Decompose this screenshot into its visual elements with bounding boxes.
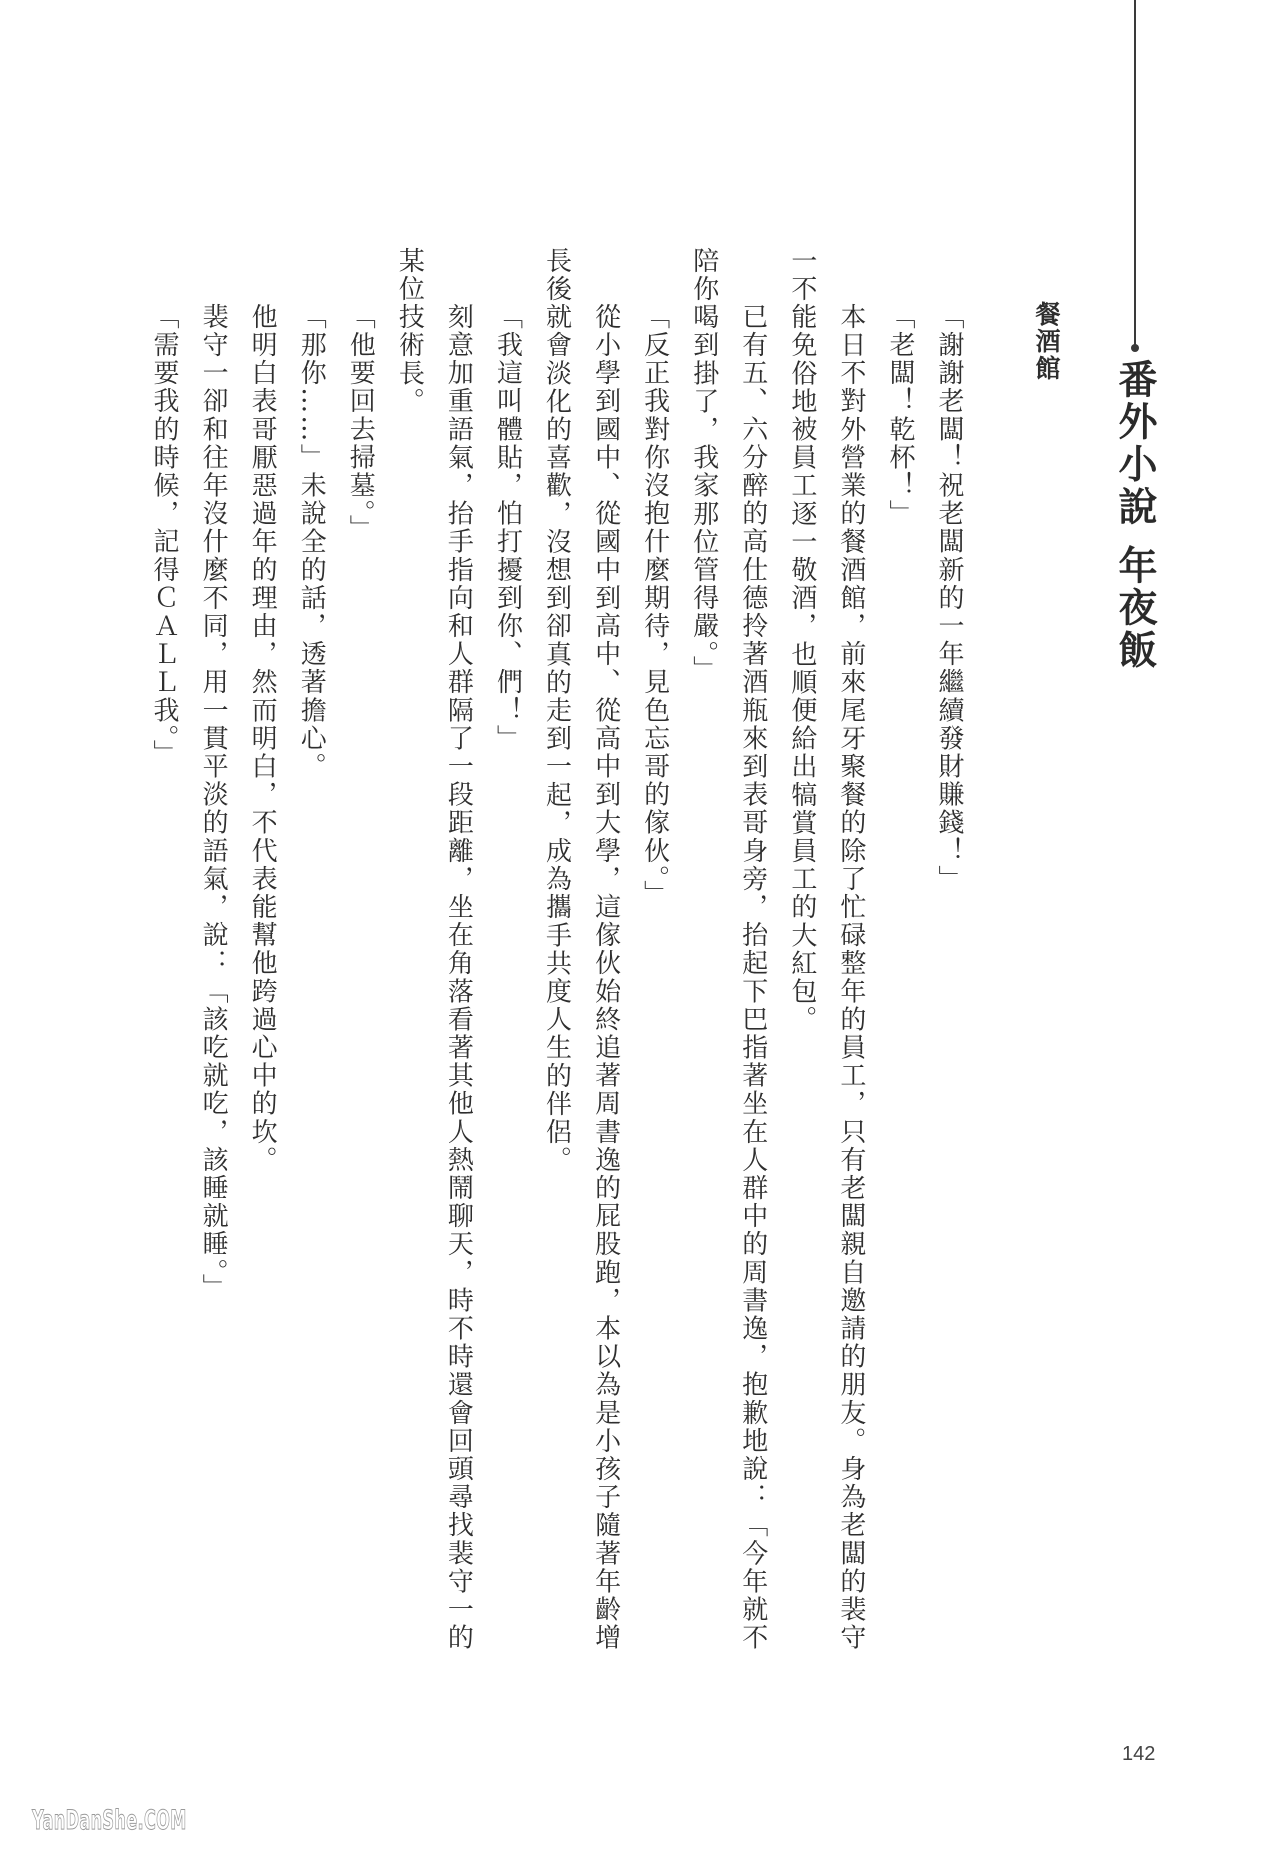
text-line: 「他要回去掃墓。」 [335, 247, 384, 1657]
title-bullet-dot [1131, 344, 1139, 352]
text-line: 某位技術長。 [384, 247, 433, 1657]
book-page: 番外小說年夜飯 餐酒館 「謝謝老闆！祝老闆新的一年繼續發財賺錢！」 「老闆！乾杯… [0, 0, 1280, 1854]
text-line: 一不能免俗地被員工逐一敬酒，也順便給出犒賞員工的大紅包。 [777, 247, 826, 1657]
watermark: YanDanShe.COM [32, 1806, 187, 1836]
text-line: 「老闆！乾杯！」 [875, 247, 924, 1657]
text-line: 已有五、六分醉的高仕德拎著酒瓶來到表哥身旁，抬起下巴指著坐在人群中的周書逸，抱歉… [728, 247, 777, 1657]
body-text: 「謝謝老闆！祝老闆新的一年繼續發財賺錢！」 「老闆！乾杯！」 本日不對外營業的餐… [139, 247, 973, 1657]
chapter-title-main: 年夜飯 [1110, 545, 1160, 672]
text-line: 陪你喝到掛了，我家那位管得嚴。」 [679, 247, 728, 1657]
chapter-title-prefix: 番外小說 [1112, 359, 1158, 529]
text-line: 他明白表哥厭惡過年的理由，然而明白，不代表能幫他跨過心中的坎。 [237, 247, 286, 1657]
text-line: 本日不對外營業的餐酒館，前來尾牙聚餐的除了忙碌整年的員工，只有老闆親自邀請的朋友… [826, 247, 875, 1657]
text-line: 「謝謝老闆！祝老闆新的一年繼續發財賺錢！」 [924, 247, 973, 1657]
text-line: 長後就會淡化的喜歡，沒想到卻真的走到一起，成為攜手共度人生的伴侶。 [531, 247, 580, 1657]
chapter-title: 番外小說年夜飯 [1110, 359, 1160, 719]
text-line: 從小學到國中、從國中到高中、從高中到大學，這傢伙始終追著周書逸的屁股跑，本以為是… [581, 247, 630, 1657]
page-number: 142 [1122, 1744, 1155, 1764]
text-line: 「反正我對你沒抱什麼期待，見色忘哥的傢伙。」 [630, 247, 679, 1657]
text-line: 「需要我的時候，記得ＣＡＬＬ我。」 [139, 247, 188, 1657]
text-line: 「我這叫體貼，怕打擾到你、們！」 [482, 247, 531, 1657]
title-divider-line [1134, 0, 1136, 346]
text-line: 「那你……」未說全的話，透著擔心。 [286, 247, 335, 1657]
text-line: 裴守一卻和往年沒什麼不同，用一貫平淡的語氣，說：「該吃就吃，該睡就睡。」 [188, 247, 237, 1657]
text-line: 刻意加重語氣，抬手指向和人群隔了一段距離，坐在角落看著其他人熱鬧聊天，時不時還會… [433, 247, 482, 1657]
section-heading: 餐酒館 [1021, 301, 1071, 401]
